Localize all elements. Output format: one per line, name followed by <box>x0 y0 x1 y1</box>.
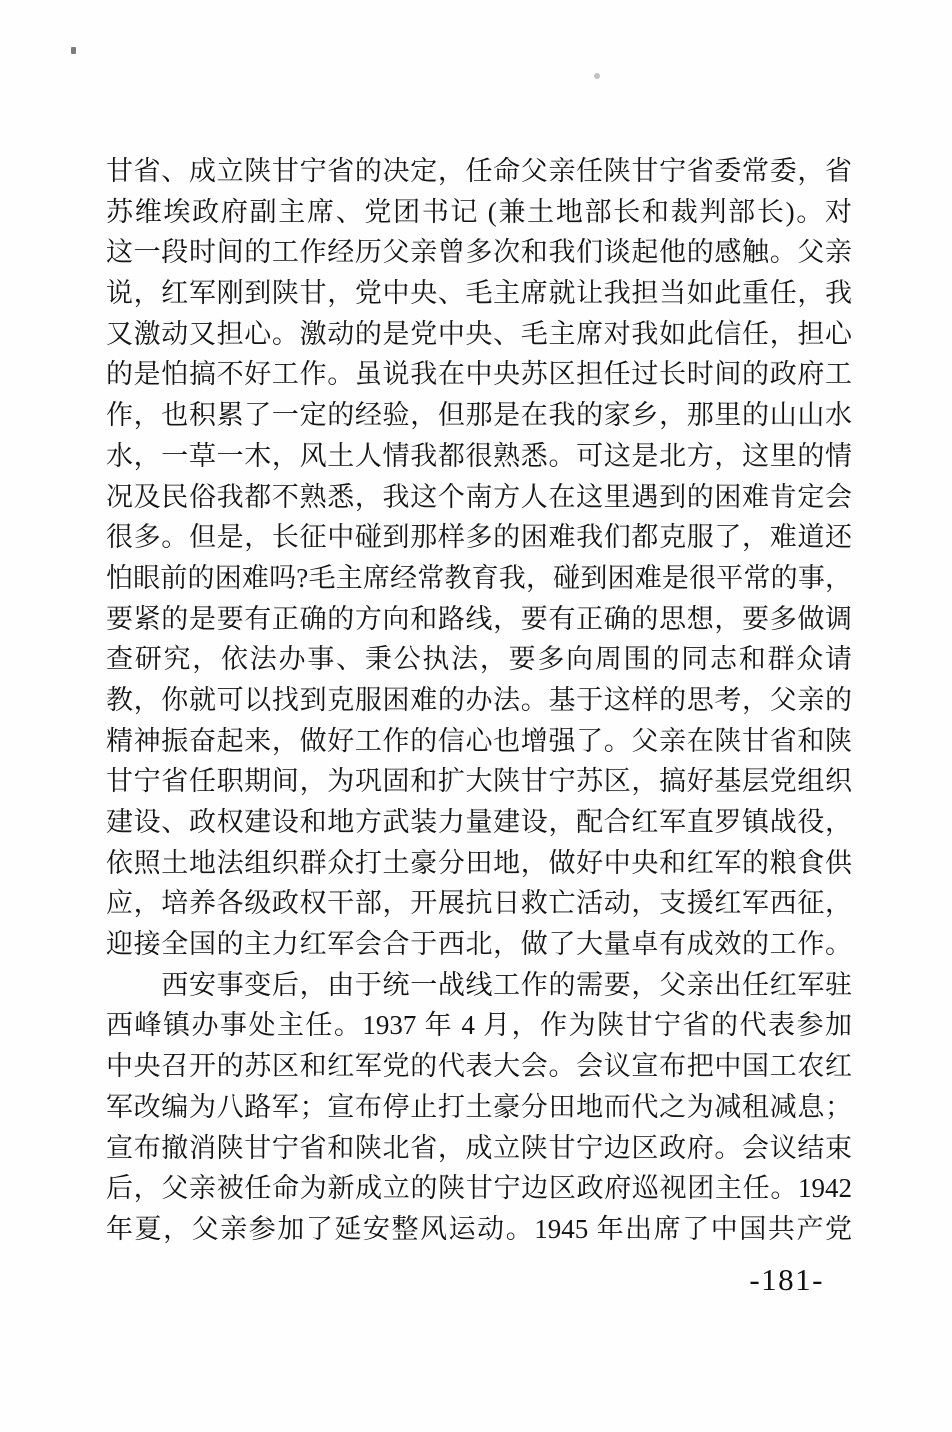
text-line: 后，父亲被任命为新成立的陕甘宁边区政府巡视团主任。1942 <box>106 1168 852 1209</box>
text-line: 很多。但是，长征中碰到那样多的困难我们都克服了，难道还 <box>106 517 852 558</box>
text-line: 又激动又担心。激动的是党中央、毛主席对我如此信任，担心 <box>106 314 852 355</box>
text-line: 的是怕搞不好工作。虽说我在中央苏区担任过长时间的政府工 <box>106 354 852 395</box>
text-line: 说，红军刚到陕甘，党中央、毛主席就让我担当如此重任，我 <box>106 273 852 314</box>
text-line: 西峰镇办事处主任。1937 年 4 月，作为陕甘宁省的代表参加 <box>106 1005 852 1046</box>
text-line: 查研究，依法办事、秉公执法，要多向周围的同志和群众请 <box>106 639 852 680</box>
text-line: 水，一草一木，风土人情我都很熟悉。可这是北方，这里的情 <box>106 436 852 477</box>
text-line: 作，也积累了一定的经验，但那是在我的家乡，那里的山山水 <box>106 395 852 436</box>
text-line: 况及民俗我都不熟悉，我这个南方人在这里遇到的困难肯定会 <box>106 477 852 518</box>
text-line: 教，你就可以找到克服困难的办法。基于这样的思考，父亲的 <box>106 680 852 721</box>
text-line: 中央召开的苏区和红军党的代表大会。会议宣布把中国工农红 <box>106 1046 852 1087</box>
text-line: 精神振奋起来，做好工作的信心也增强了。父亲在陕甘省和陕 <box>106 721 852 762</box>
text-line: 甘宁省任职期间，为巩固和扩大陕甘宁苏区，搞好基层党组织 <box>106 761 852 802</box>
text-line: 怕眼前的困难吗?毛主席经常教育我，碰到困难是很平常的事， <box>106 558 852 599</box>
text-line: 苏维埃政府副主席、党团书记 (兼土地部长和裁判部长)。对 <box>106 192 852 233</box>
scan-speck <box>71 47 76 54</box>
text-line: 依照土地法组织群众打土豪分田地，做好中央和红军的粮食供 <box>106 843 852 884</box>
text-line: 西安事变后，由于统一战线工作的需要，父亲出任红军驻 <box>106 965 852 1006</box>
text-line: 这一段时间的工作经历父亲曾多次和我们谈起他的感触。父亲 <box>106 232 852 273</box>
text-line: 年夏，父亲参加了延安整风运动。1945 年出席了中国共产党 <box>106 1209 852 1250</box>
scan-speck <box>594 73 600 79</box>
page-body-text: 甘省、成立陕甘宁省的决定，任命父亲任陕甘宁省委常委，省 苏维埃政府副主席、党团书… <box>106 151 852 1250</box>
page-number: -181- <box>749 1262 824 1298</box>
text-line: 建设、政权建设和地方武装力量建设，配合红军直罗镇战役， <box>106 802 852 843</box>
scanned-book-page: 甘省、成立陕甘宁省的决定，任命父亲任陕甘宁省委常委，省 苏维埃政府副主席、党团书… <box>0 0 952 1432</box>
text-line: 迎接全国的主力红军会合于西北，做了大量卓有成效的工作。 <box>106 924 852 965</box>
text-line: 要紧的是要有正确的方向和路线，要有正确的思想，要多做调 <box>106 599 852 640</box>
text-line: 甘省、成立陕甘宁省的决定，任命父亲任陕甘宁省委常委，省 <box>106 151 852 192</box>
text-line: 军改编为八路军；宣布停止打土豪分田地而代之为减租减息； <box>106 1087 852 1128</box>
text-line: 应，培养各级政权干部，开展抗日救亡活动，支援红军西征， <box>106 883 852 924</box>
text-line: 宣布撤消陕甘宁省和陕北省，成立陕甘宁边区政府。会议结束 <box>106 1128 852 1169</box>
